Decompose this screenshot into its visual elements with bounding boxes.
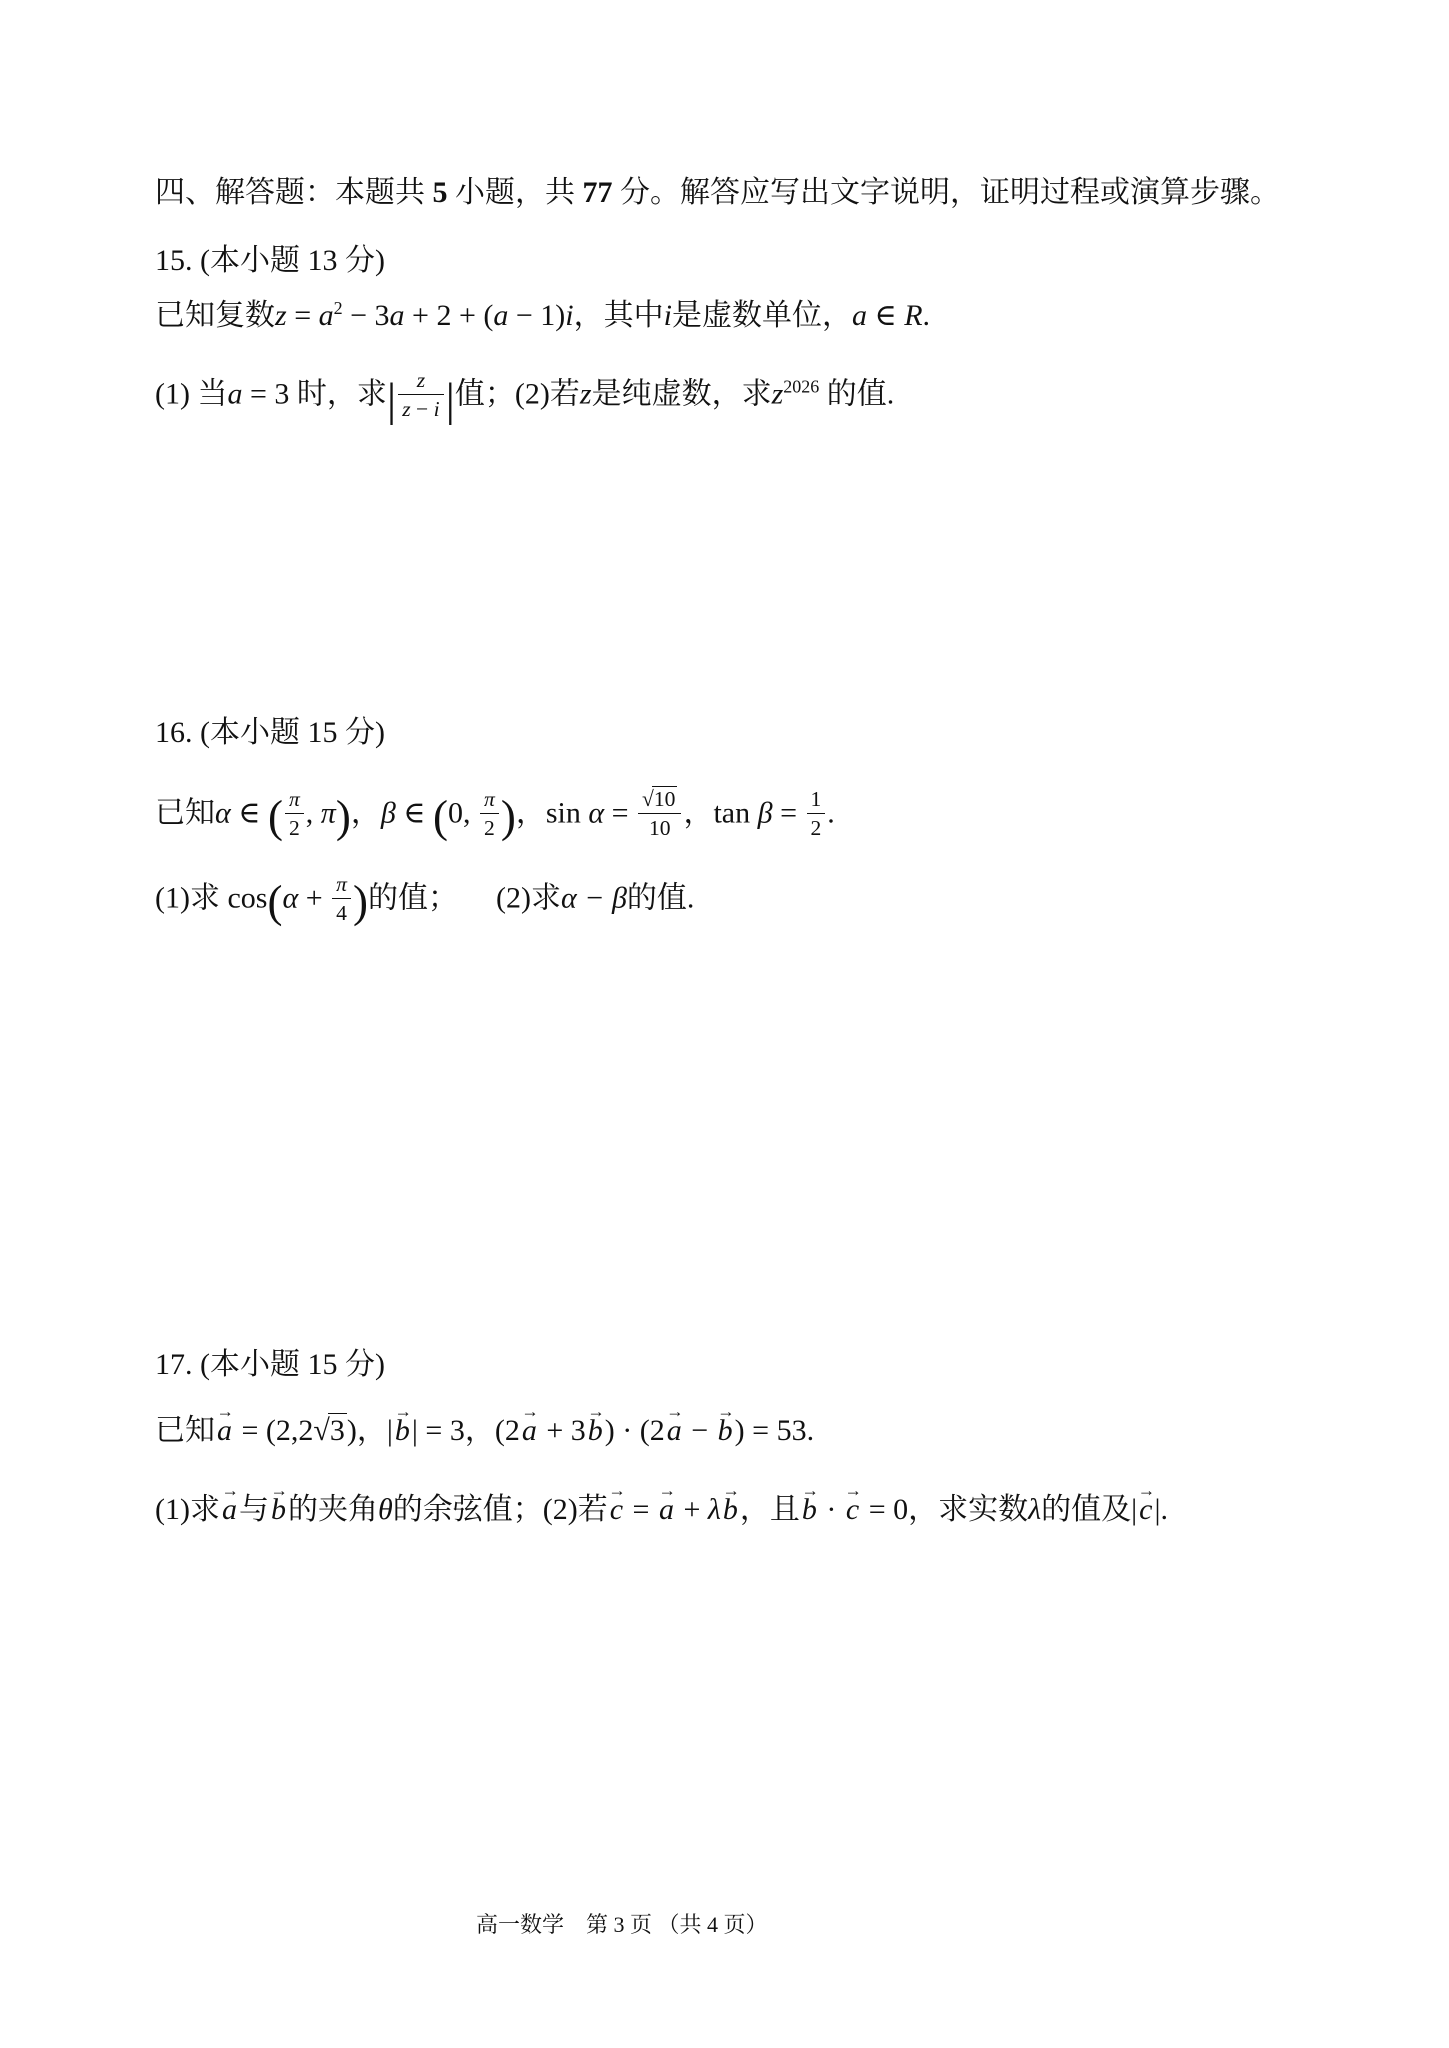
math-segment: ) · (2	[605, 1414, 665, 1447]
math-segment: θ	[378, 1493, 393, 1526]
paren-left: (	[433, 792, 448, 842]
vector-a: →a	[667, 1414, 682, 1449]
superscript: 2	[334, 298, 343, 318]
problem-15-questions: (1) 当a = 3 时，求|zz − i|值；(2)若z是纯虚数，求z2026…	[155, 369, 894, 425]
text-segment: 的值及	[1041, 1493, 1131, 1526]
math-segment: a	[227, 378, 242, 411]
fraction-denominator: 10	[638, 814, 681, 841]
sqrt-3: √3	[313, 1414, 346, 1447]
math-segment: −	[684, 1414, 716, 1447]
math-segment: i	[565, 299, 573, 332]
math-segment: a	[319, 299, 334, 332]
text-segment: (1)求	[155, 1493, 220, 1526]
math-segment: ∈	[867, 299, 904, 332]
vector-a: →a	[217, 1414, 232, 1449]
text-segment: 的夹角	[288, 1493, 378, 1526]
math-segment: − 1)	[508, 299, 565, 332]
text-segment: .	[807, 1414, 815, 1447]
math-segment: ∈	[396, 797, 433, 830]
vector-a: →a	[659, 1493, 674, 1528]
radicand: 10	[652, 786, 678, 811]
math-segment: β	[381, 797, 396, 830]
math-segment: z	[580, 378, 592, 411]
page-footer: 高一数学 第 3 页 （共 4 页）	[476, 1912, 768, 1937]
vector-arrow-icon: →	[845, 1482, 862, 1499]
math-segment: =	[287, 299, 319, 332]
vector-arrow-icon: →	[271, 1482, 288, 1499]
math-segment: z	[772, 378, 784, 411]
text-segment: 已知	[155, 1414, 215, 1447]
math-segment: | = 3	[412, 1414, 465, 1447]
fraction-numerator: z	[398, 367, 443, 395]
fraction-denominator: 2	[480, 814, 499, 841]
vector-arrow-icon: →	[659, 1482, 676, 1499]
text-segment: 值；(2)若	[455, 378, 580, 411]
vector-b: →b	[718, 1414, 733, 1449]
vector-b: →b	[723, 1493, 738, 1528]
math-segment: +	[676, 1493, 708, 1526]
section-four-header: 四、解答题：本题共 5 小题，共 77 分。解答应写出文字说明，证明过程或演算步…	[155, 176, 1280, 211]
math-segment: (2	[495, 1414, 520, 1447]
math-segment: i	[664, 299, 672, 332]
vector-a: →a	[522, 1414, 537, 1449]
problem-16-questions: (1)求 cos(α + π4)的值；(2)求α − β的值.	[155, 873, 694, 929]
text-segment: 小题，共	[448, 176, 583, 209]
vector-a: →a	[222, 1493, 237, 1528]
vector-arrow-icon: →	[394, 1403, 411, 1420]
fraction-numerator: π	[285, 786, 304, 814]
fraction-sqrt10-over-10: √1010	[638, 786, 681, 842]
vector-arrow-icon: →	[217, 1403, 234, 1420]
paren-right: )	[353, 877, 368, 927]
text-segment: 分。解答应写出文字说明，证明过程或演算步骤。	[613, 176, 1281, 209]
problem-15-given: 已知复数z = a2 − 3a + 2 + (a − 1)i，其中i是虚数单位，…	[155, 298, 930, 334]
fraction-1-over-2: 12	[807, 786, 826, 842]
math-segment: λ	[1028, 1493, 1041, 1526]
fraction-pi-over-4: π4	[332, 871, 351, 927]
text-segment: (1) 当	[155, 378, 227, 411]
text-segment: ，其中	[574, 299, 664, 332]
fraction-numerator: π	[480, 786, 499, 814]
text-segment: 是虚数单位，	[672, 299, 852, 332]
text-segment: ，	[465, 1414, 495, 1447]
text-segment: ，且	[740, 1493, 800, 1526]
text-segment: ，求实数	[908, 1493, 1028, 1526]
math-segment: ·	[819, 1493, 844, 1526]
text-segment: 的值.	[627, 882, 695, 915]
vector-c: →c	[1139, 1493, 1152, 1528]
paren-left: (	[267, 877, 282, 927]
fraction-z-over-z-minus-i: zz − i	[398, 367, 443, 423]
text-segment: ，	[683, 797, 713, 830]
text-segment: 是纯虚数，求	[592, 378, 772, 411]
math-segment: ,	[306, 797, 321, 830]
fraction-denominator: 2	[285, 814, 304, 841]
problem-15-heading: 15. (本小题 13 分)	[155, 244, 385, 279]
function-name: cos	[227, 882, 267, 915]
vector-b: →b	[395, 1414, 410, 1449]
math-segment: =	[604, 797, 636, 830]
text-segment: ，	[351, 797, 381, 830]
math-segment: =	[773, 797, 805, 830]
math-segment: ) = 53	[735, 1414, 807, 1447]
math-segment: = (2,2	[234, 1414, 313, 1447]
fraction-denominator: 2	[807, 814, 826, 841]
text-segment: 四、解答题：本题共	[155, 176, 433, 209]
problem-17-questions: (1)求→a与→b的夹角θ的余弦值；(2)若→c = →a + λ→b，且→b …	[155, 1493, 1168, 1528]
text-segment: (2)求	[496, 882, 561, 915]
text-segment: 已知复数	[155, 299, 275, 332]
math-segment: a	[390, 299, 405, 332]
math-segment: + 3	[539, 1414, 586, 1447]
text-segment: 的值；	[368, 882, 458, 915]
text-segment: = 3 时，求	[242, 378, 386, 411]
abs-bar: |	[387, 375, 396, 426]
vector-c: →c	[610, 1493, 623, 1528]
exam-page: 四、解答题：本题共 5 小题，共 77 分。解答应写出文字说明，证明过程或演算步…	[0, 0, 1449, 2048]
abs-bar: |	[446, 375, 455, 426]
math-segment: α − β	[561, 882, 627, 915]
text-segment: 已知	[155, 797, 215, 830]
fraction-pi-over-2: π2	[285, 786, 304, 842]
math-segment: λ	[708, 1493, 721, 1526]
vector-arrow-icon: →	[722, 1482, 739, 1499]
math-segment: a	[493, 299, 508, 332]
math-segment: 0,	[448, 797, 478, 830]
problem-16-given: 已知α ∈ (π2, π)，β ∈ (0, π2)，sin α = √1010，…	[155, 788, 835, 844]
function-name: tan	[713, 797, 757, 830]
fraction-numerator: π	[332, 871, 351, 899]
math-segment: +	[298, 882, 330, 915]
problem-16-heading: 16. (本小题 15 分)	[155, 716, 385, 751]
paren-left: (	[268, 792, 283, 842]
abs-bar: |	[387, 1414, 393, 1447]
problem-17-heading: 17. (本小题 15 分)	[155, 1348, 385, 1383]
math-segment: = 0	[861, 1493, 908, 1526]
vector-b: →b	[271, 1493, 286, 1528]
vector-b: →b	[802, 1493, 817, 1528]
fraction-denominator: 4	[332, 899, 351, 926]
math-segment: ∈	[231, 797, 268, 830]
abs-bar: |	[1131, 1493, 1137, 1526]
text-segment: .	[827, 797, 835, 830]
math-segment: α	[588, 797, 604, 830]
fraction-denominator: z − i	[398, 395, 443, 422]
math-segment: + 2 + (	[405, 299, 494, 332]
vector-arrow-icon: →	[222, 1482, 239, 1499]
radicand: 3	[328, 1413, 347, 1448]
math-segment: π	[321, 797, 336, 830]
vector-arrow-icon: →	[1138, 1482, 1155, 1499]
vector-arrow-icon: →	[587, 1403, 604, 1420]
math-segment: =	[625, 1493, 657, 1526]
vector-b: →b	[588, 1414, 603, 1449]
paren-right: )	[336, 792, 351, 842]
question-count: 5	[433, 176, 448, 209]
text-segment: 的余弦值；(2)若	[393, 1493, 608, 1526]
vector-arrow-icon: →	[717, 1403, 734, 1420]
vector-c: →c	[846, 1493, 859, 1528]
text-segment: ，	[516, 797, 546, 830]
text-segment: (1)求	[155, 882, 227, 915]
vector-arrow-icon: →	[608, 1482, 625, 1499]
function-name: sin	[546, 797, 589, 830]
text-segment: 与	[239, 1493, 269, 1526]
math-segment: )	[347, 1414, 357, 1447]
text-segment: .	[923, 299, 931, 332]
math-segment: a	[852, 299, 867, 332]
total-points: 77	[583, 176, 613, 209]
text-segment: 的值.	[819, 378, 894, 411]
fraction-pi-over-2: π2	[480, 786, 499, 842]
fraction-numerator: 1	[807, 786, 826, 814]
math-segment: − 3	[343, 299, 390, 332]
vector-arrow-icon: →	[521, 1403, 538, 1420]
math-segment: α	[282, 882, 298, 915]
math-segment: α	[215, 797, 231, 830]
fraction-numerator: √10	[638, 786, 681, 814]
math-segment: z	[275, 299, 287, 332]
paren-right: )	[501, 792, 516, 842]
superscript: 2026	[783, 377, 819, 397]
text-segment: .	[1161, 1493, 1169, 1526]
problem-17-given: 已知→a = (2,2√3)，|→b| = 3，(2→a + 3→b) · (2…	[155, 1413, 814, 1449]
vector-arrow-icon: →	[666, 1403, 683, 1420]
vector-arrow-icon: →	[801, 1482, 818, 1499]
text-segment: ，	[357, 1414, 387, 1447]
math-segment: R	[904, 299, 922, 332]
math-segment: β	[758, 797, 773, 830]
